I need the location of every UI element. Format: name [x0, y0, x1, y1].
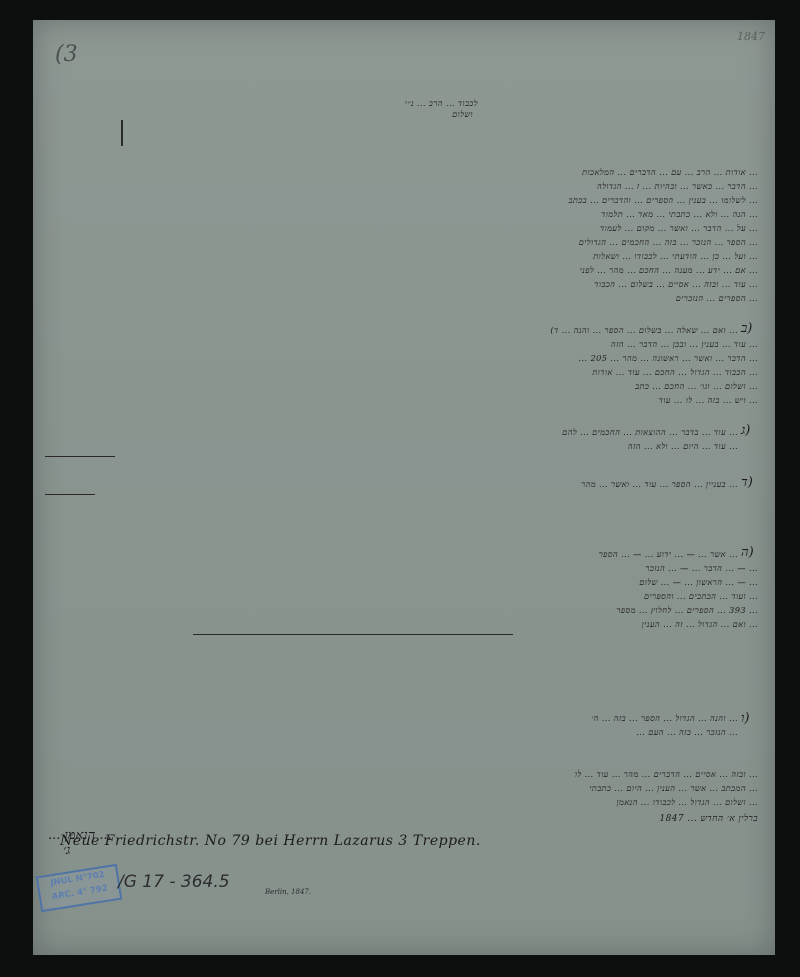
opening-line-2: ושלום	[413, 108, 473, 120]
text-line: ... והנה ... הגדול ... הספר ... בזה ... …	[43, 712, 738, 724]
text-line: ... ושלום ... הגדול ... לכבודו ... הנאמן	[43, 796, 758, 808]
text-line: ... עוד ... היום ... ולא ... הזה	[333, 440, 738, 452]
text-line: ... עוד ... בענין ... ובכן ... הדבר ... …	[43, 338, 758, 350]
text-line: ... הדבר ... כאשר ... ובהיות ... ז ... ה…	[43, 180, 758, 192]
paragraph-marker: ב)	[741, 320, 752, 336]
text-line: ... הכבוד ... הגדול ... החכם ... עוד ...…	[43, 366, 758, 378]
underline	[45, 456, 115, 457]
text-line: ... עוד ... ובזה ... אסיים ... בשלום ...…	[43, 278, 758, 290]
text-line: ... הספר ... הנזכר ... בזה ... החכמים ..…	[43, 236, 758, 248]
text-line: ... ואם ... שאלה ... בשלום ... הספר ... …	[43, 324, 738, 336]
german-address-line: Neue Friedrichstr. No 79 bei Herrn Lazar…	[60, 833, 481, 849]
underline	[45, 494, 95, 495]
text-line: ... בעניין ... הספר ... עוד ... ואשר ...…	[43, 478, 738, 490]
text-line: ... ויש ... בזה ... לו ... עוד	[133, 394, 758, 406]
text-line: ... הספרים ... הנזכרים	[593, 292, 758, 304]
text-line: ... הדבר ... ואשר ... ראשונה ... מהר ...…	[43, 352, 758, 364]
text-line: ... הנזכר ... בזה ... העם ...	[283, 726, 738, 738]
text-line: ... ועל ... כן ... הודעתי ... לכבודו ...…	[43, 250, 758, 262]
pen-stroke	[121, 120, 123, 146]
text-line: ... ואם ... הגדול ... זה ... הענין	[43, 618, 758, 630]
paragraph-marker: ד)	[741, 474, 753, 490]
paragraph-marker: ה)	[741, 544, 754, 560]
text-line: ... ועוד ... הכתבים ... והספרים	[43, 590, 758, 602]
shelfmark-text: G 17 - 364.5	[124, 872, 230, 892]
text-line: ... ובזה ... אסיים ... הדברים ... מהר ..…	[43, 768, 758, 780]
folio-number: 1847	[737, 30, 765, 43]
text-line: ... אשר ... — ... ידוע ... — ... הספר	[43, 548, 738, 560]
text-line: ... המכתב ... אשר ... הענין ... היום ...…	[43, 782, 758, 794]
text-line: ... אודות ... הרב ... עם ... הדברים ... …	[43, 166, 758, 178]
text-line: ... הנה ... ולא ... כתבתי ... מאד ... תל…	[43, 208, 758, 220]
text-line: ... עוד ... בדבר ... ההוצאות ... החכמים …	[43, 426, 738, 438]
text-line: ... ושלום ... וגו׳ ... החכם ... כתב	[43, 380, 758, 392]
manuscript-page: (3 1847 לכבוד ... הרב ... נ״י ושלום ... …	[33, 20, 775, 955]
paragraph-marker: ו)	[741, 710, 749, 726]
paragraph-marker: ג)	[741, 422, 750, 438]
text-line: ... 393 ... הספרים ... לחלוץ ... מספר	[43, 604, 758, 616]
underline	[193, 634, 513, 635]
text-line: ... אם ... ידע ... מענה ... החכם ... מהר…	[43, 264, 758, 276]
text-line: ... — ... הדבר ... — ... הנזכר	[43, 562, 758, 574]
text-line: ... — ... הראשון ... — ... שלום	[43, 576, 758, 588]
text-line: ... על ... הדבר ... ואשר ... מקום ... לע…	[43, 222, 758, 234]
text-line: ... לשלומו ... בענין ... הספרים ... והדב…	[43, 194, 758, 206]
pencil-note: Berlin, 1847.	[265, 888, 311, 896]
page-marker: (3	[55, 42, 78, 67]
shelfmark: /G 17 - 364.5	[118, 872, 230, 892]
date-line: ברלין א׳ החדש ... 1847	[363, 813, 758, 825]
